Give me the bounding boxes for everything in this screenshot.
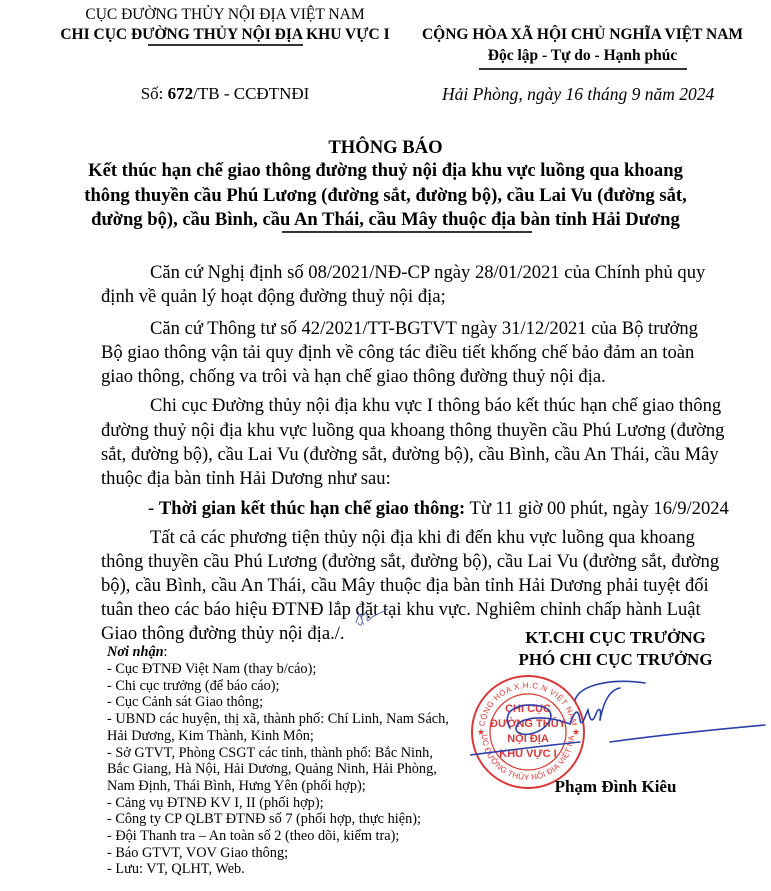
end-time-dash: - — [148, 498, 159, 519]
sub-agency-underline — [148, 44, 303, 46]
recipient-line: - Công ty CP QLBT ĐTNĐ số 7 (phối hợp, t… — [107, 811, 421, 828]
subject-line-2: thông thuyền cầu Phú Lương (đường sắt, đ… — [0, 183, 771, 208]
sub-agency-name: CHI CỤC ĐƯỜNG THỦY NỘI ĐỊA KHU VỰC I — [40, 25, 410, 45]
recipient-line: - Lưu: VT, QLHT, Web. — [107, 861, 245, 878]
recipient-line: - Cảng vụ ĐTNĐ KV I, II (phối hợp); — [107, 795, 324, 812]
initials-mark-icon — [352, 605, 392, 631]
recipient-line: - Chi cục trưởng (để báo cáo); — [107, 678, 280, 695]
subject-line-3: đường bộ), cầu Bình, cầu An Thái, cầu Mâ… — [0, 207, 771, 232]
signature-title-2: PHÓ CHI CỤC TRƯỞNG — [460, 649, 771, 671]
notice-heading: THÔNG BÁO — [0, 135, 771, 160]
agency-name: CỤC ĐƯỜNG THỦY NỘI ĐỊA VIỆT NAM — [40, 5, 410, 25]
para4-line1: Tất cả các phương tiện thủy nội địa khi … — [150, 525, 695, 551]
recipients-label-text: Nơi nhận — [107, 644, 164, 660]
para2-line3: giao thông, chống va trôi và hạn chế gia… — [101, 364, 606, 390]
end-time-value: Từ 11 giờ 00 phút, ngày 16/9/2024 — [465, 498, 729, 519]
para4-line2: thông thuyền cầu Phú Lương (đường sắt, đ… — [101, 549, 719, 575]
recipient-line: - Đội Thanh tra – An toàn số 2 (theo dõi… — [107, 828, 399, 845]
subject-line-1: Kết thúc hạn chế giao thông đường thuỷ n… — [0, 158, 771, 183]
place-date: Hải Phòng, ngày 16 tháng 9 năm 2024 — [442, 84, 714, 105]
recipient-line: - Cục Cảnh sát Giao thông; — [107, 694, 263, 711]
para3-line2: đường thuỷ nội địa khu vực luồng qua kho… — [101, 418, 724, 444]
para3-line1: Chi cục Đường thủy nội địa khu vực I thô… — [150, 393, 721, 419]
para1-line2: định về quản lý hoạt động đường thuỷ nội… — [101, 284, 446, 310]
recipient-line: - Báo GTVT, VOV Giao thông; — [107, 845, 288, 862]
recipient-line: Bắc Giang, Hà Nội, Hải Dương, Quảng Ninh… — [107, 761, 437, 778]
subject-underline — [282, 231, 532, 233]
recipient-line: - UBND các huyện, thị xã, thành phố: Chí… — [107, 711, 449, 728]
recipient-line: - Sở GTVT, Phòng CSGT các tỉnh, thành ph… — [107, 745, 433, 762]
number-value: 672 — [168, 84, 194, 103]
number-suffix: /TB - CCĐTNĐI — [193, 84, 309, 103]
signer-name: Phạm Đình Kiêu — [460, 777, 771, 797]
document-number: Số: 672/TB - CCĐTNĐI — [40, 84, 410, 104]
signature-title-1: KT.CHI CỤC TRƯỞNG — [460, 627, 771, 649]
para2-line2: Bộ giao thông vận tải quy định về công t… — [101, 340, 694, 366]
recipients-label-colon: : — [164, 644, 168, 660]
recipient-line: Nam Định, Thái Bình, Hưng Yên (phối hợp)… — [107, 778, 366, 795]
handwritten-signature-icon — [470, 680, 770, 760]
number-prefix: Số: — [141, 84, 168, 103]
para2-line1: Căn cứ Thông tư số 42/2021/TT-BGTVT ngày… — [150, 316, 698, 342]
recipient-line: Hải Dương, Kim Thành, Kinh Môn; — [107, 728, 314, 745]
recipient-line: - Cục ĐTNĐ Việt Nam (thay b/cáo); — [107, 661, 316, 678]
motto-underline — [479, 68, 687, 70]
country-name: CỘNG HÒA XÃ HỘI CHỦ NGHĨA VIỆT NAM — [405, 25, 760, 45]
national-motto: Độc lập - Tự do - Hạnh phúc — [405, 46, 760, 66]
para3-line4: thuộc địa bàn tỉnh Hải Dương như sau: — [101, 466, 391, 492]
para1-line1: Căn cứ Nghị định số 08/2021/NĐ-CP ngày 2… — [150, 260, 705, 286]
para4-line3: bộ), cầu Bình, cầu An Thái, cầu Mây thuộ… — [101, 573, 709, 599]
para4-line4: tuân theo các báo hiệu ĐTNĐ lắp đặt tại … — [101, 597, 701, 623]
end-time-label: Thời gian kết thúc hạn chế giao thông: — [159, 498, 465, 519]
end-time-line: - Thời gian kết thúc hạn chế giao thông:… — [148, 496, 729, 522]
para3-line3: sắt, đường bộ), cầu Lai Vu (đường sắt, đ… — [101, 442, 719, 468]
recipients-label: Nơi nhận: — [107, 644, 168, 661]
